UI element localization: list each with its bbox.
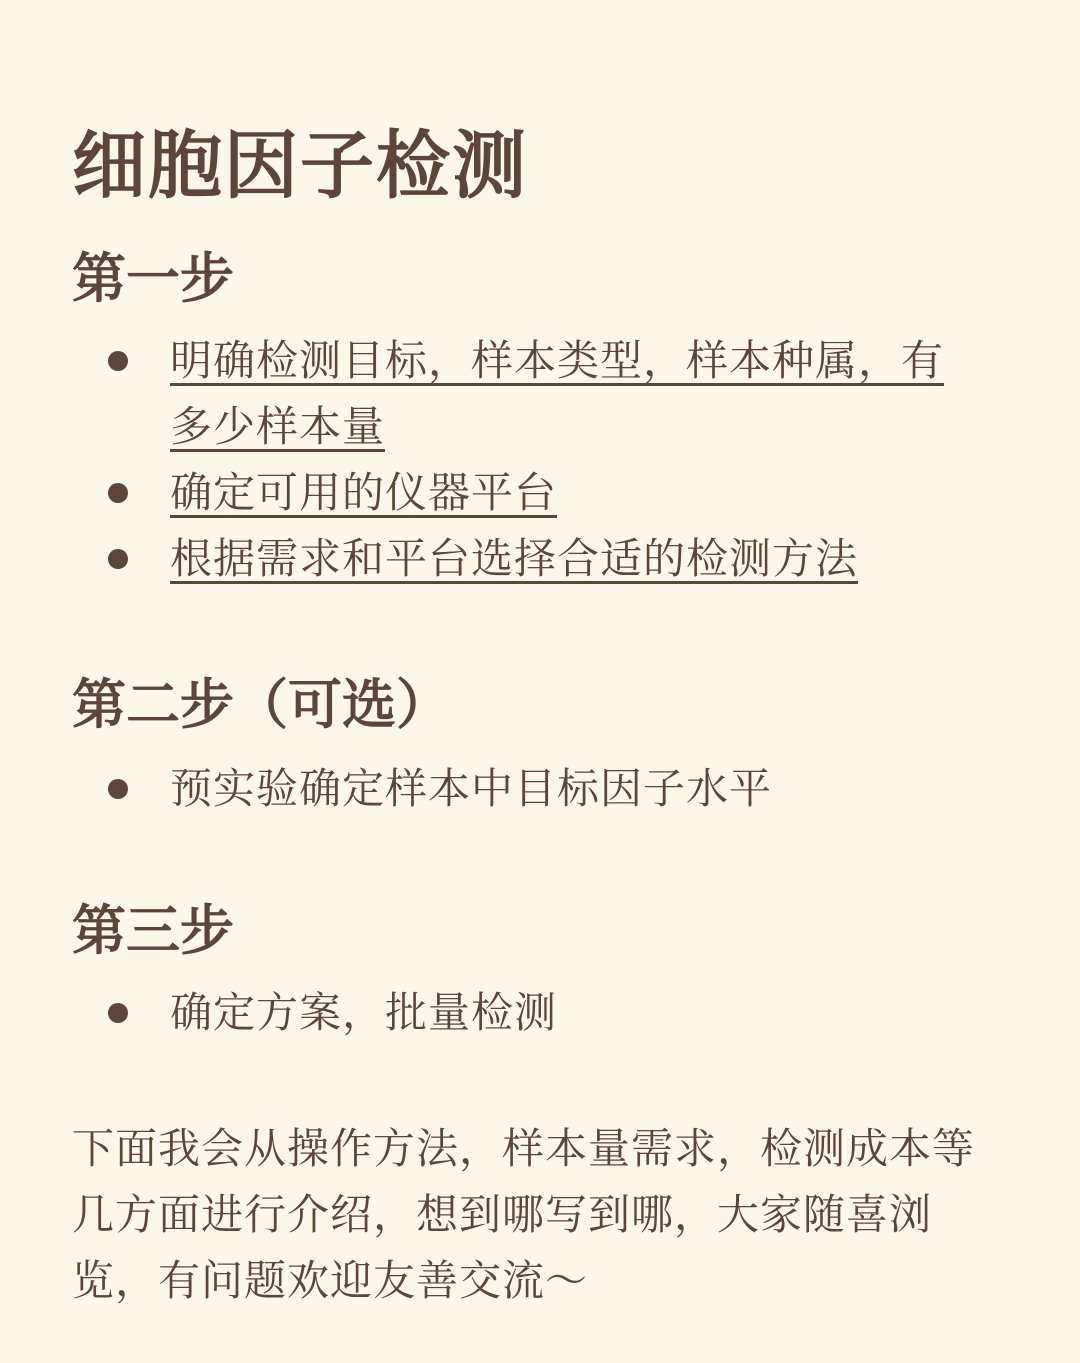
link-text[interactable]: 明确检测目标，样本类型，样本种属，有多少样本量 — [170, 336, 944, 451]
list-item-text: 确定方案，批量检测 — [170, 988, 557, 1037]
list-item: 确定方案，批量检测 — [72, 980, 1012, 1046]
step-1-list: 明确检测目标，样本类型，样本种属，有多少样本量 确定可用的仪器平台 根据需求和平… — [72, 328, 1012, 592]
bullet-icon — [108, 549, 128, 569]
step-2-list: 预实验确定样本中目标因子水平 — [72, 756, 1012, 822]
intro-paragraph: 下面我会从操作方法，样本量需求，检测成本等几方面进行介绍，想到哪写到哪，大家随喜… — [72, 1116, 992, 1314]
step-3-list: 确定方案，批量检测 — [72, 980, 1012, 1046]
list-item[interactable]: 确定可用的仪器平台 — [72, 460, 1012, 526]
bullet-icon — [108, 779, 128, 799]
list-item[interactable]: 根据需求和平台选择合适的检测方法 — [72, 526, 1012, 592]
link-text[interactable]: 根据需求和平台选择合适的检测方法 — [170, 534, 858, 583]
bullet-icon — [108, 1003, 128, 1023]
link-text[interactable]: 确定可用的仪器平台 — [170, 468, 557, 517]
list-item: 预实验确定样本中目标因子水平 — [72, 756, 1012, 822]
bullet-icon — [108, 483, 128, 503]
step-2-heading: 第二步（可选） — [72, 672, 450, 738]
list-item-text: 预实验确定样本中目标因子水平 — [170, 764, 772, 813]
bullet-icon — [108, 351, 128, 371]
page-title: 细胞因子检测 — [72, 120, 528, 212]
step-1-heading: 第一步 — [72, 246, 234, 312]
step-3-heading: 第三步 — [72, 898, 234, 964]
list-item[interactable]: 明确检测目标，样本类型，样本种属，有多少样本量 — [72, 328, 982, 460]
